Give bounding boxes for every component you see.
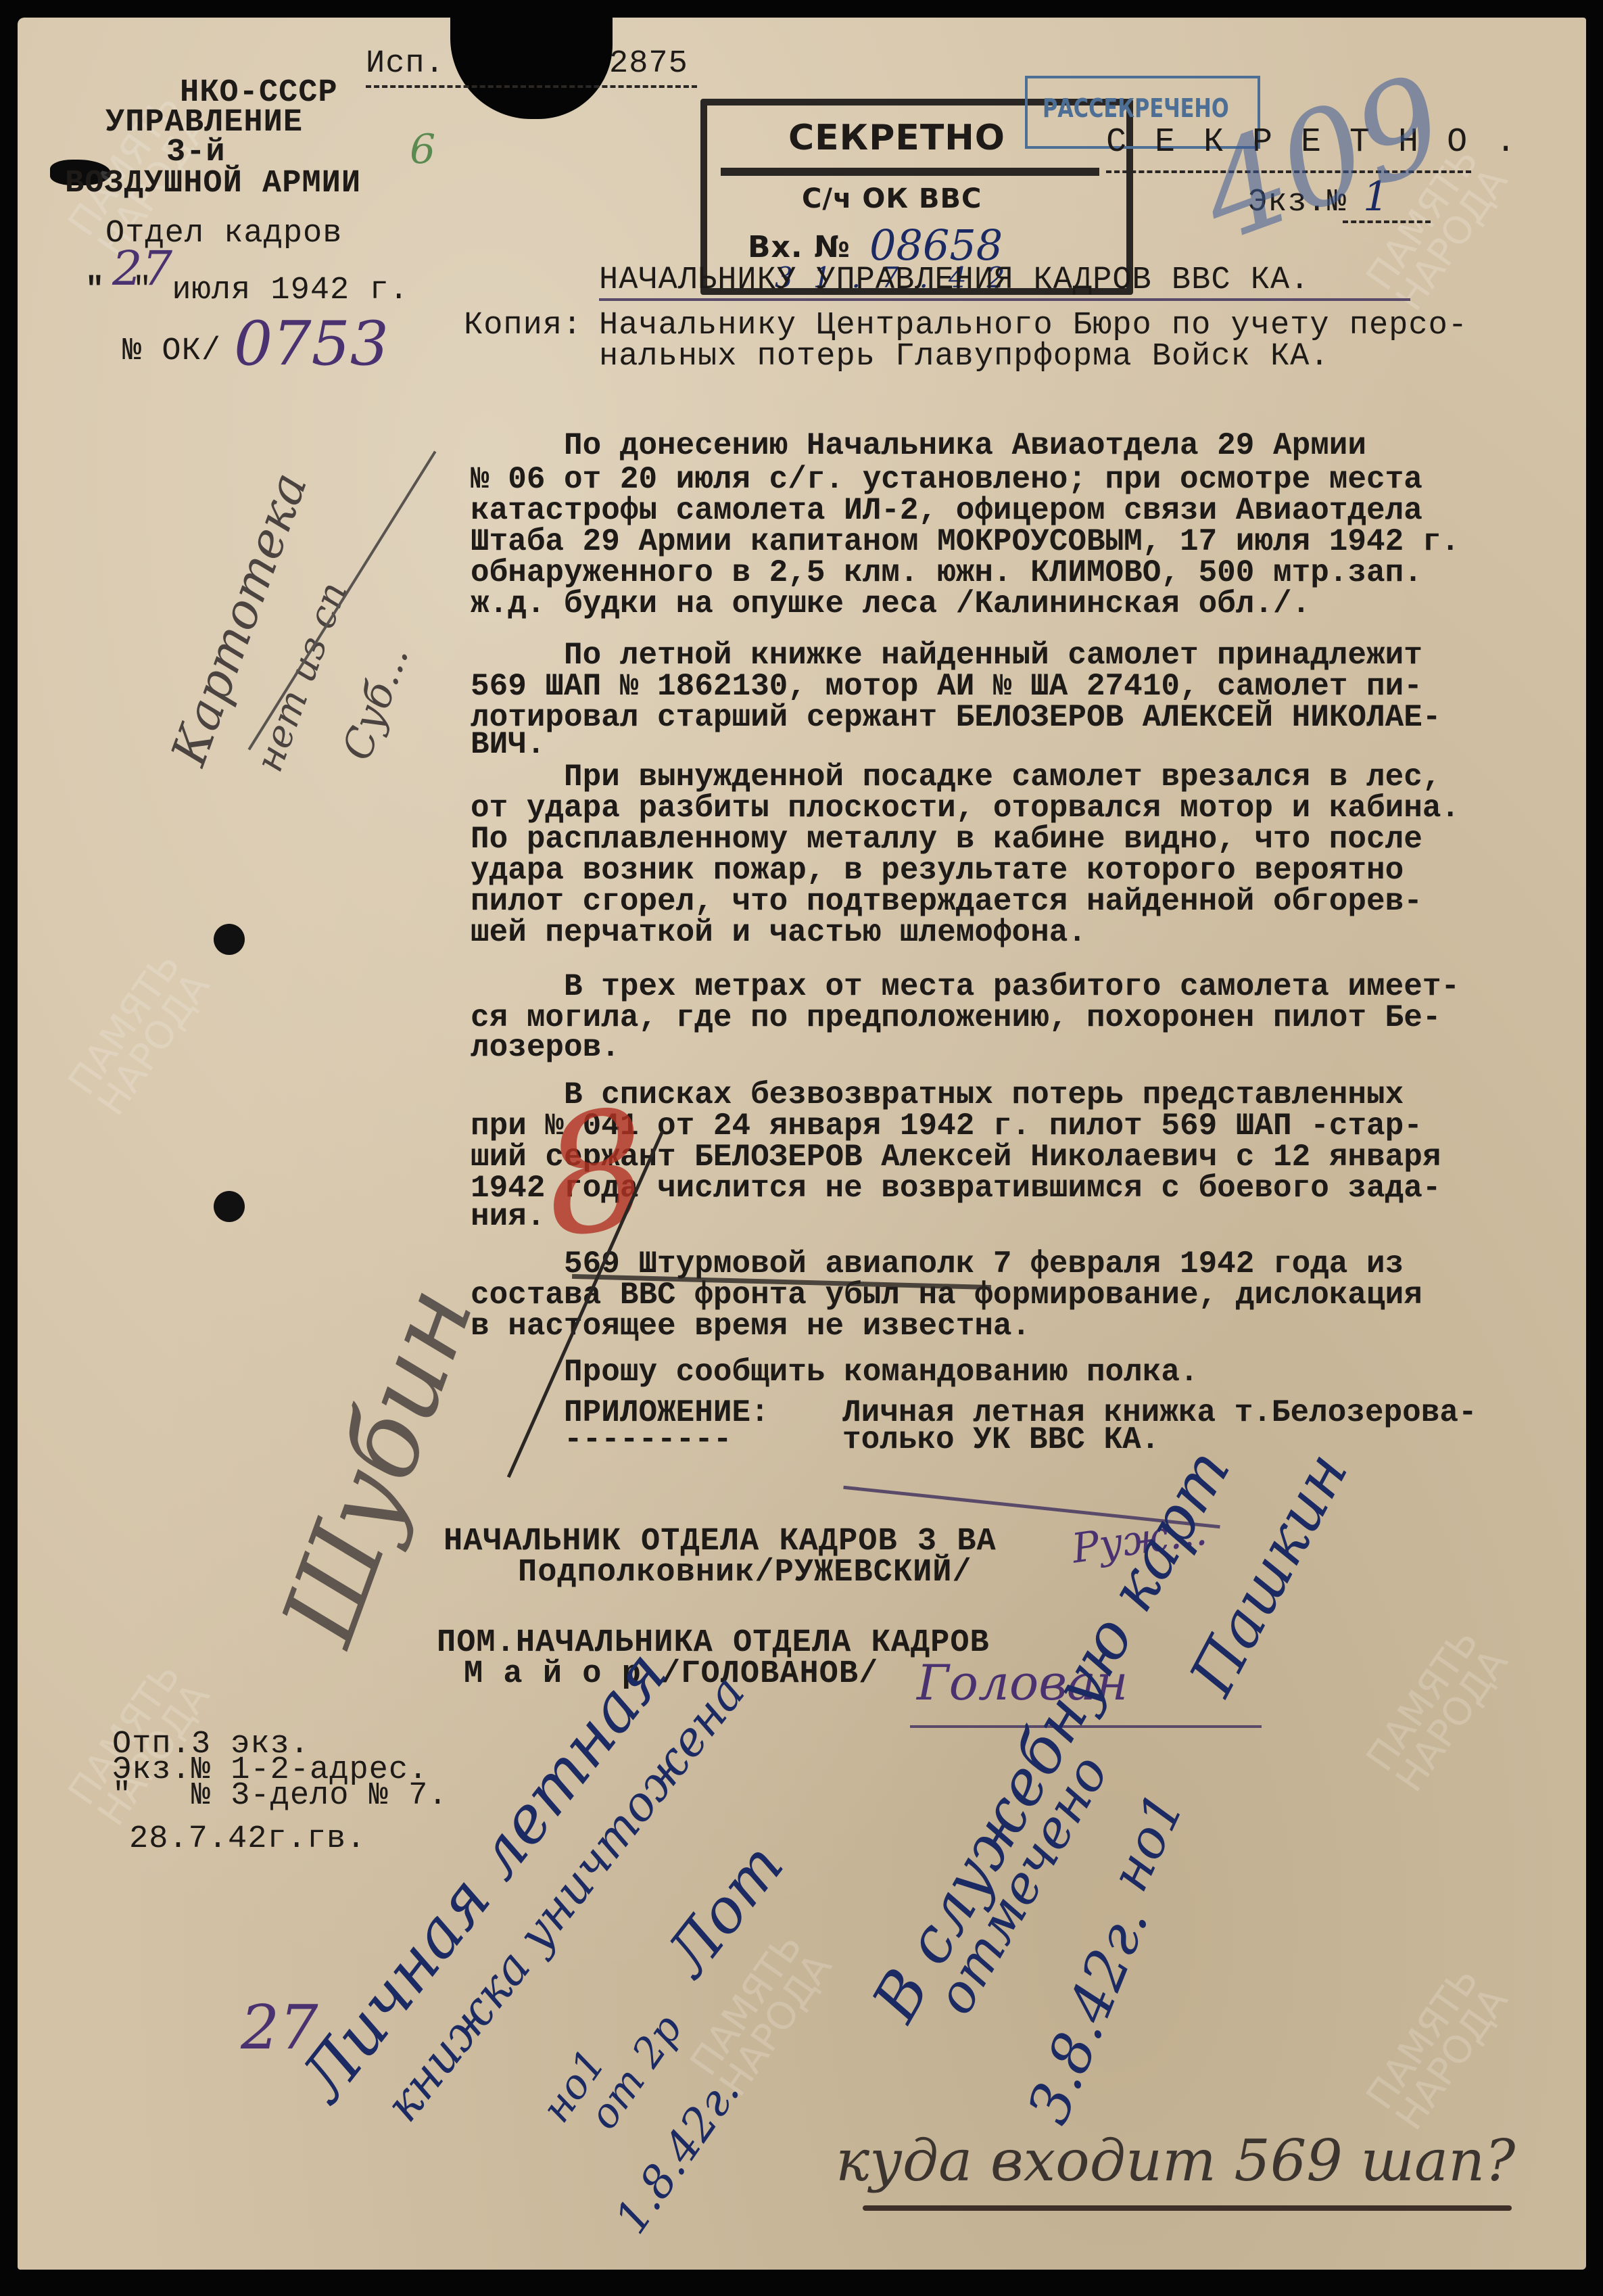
pencil-underline <box>863 2205 1512 2211</box>
large-pencil-signature: Шубин <box>260 1272 496 1659</box>
org-line: ВОЗДУШНОЙ АРМИИ <box>65 168 361 200</box>
handwritten-number: 0753 <box>234 308 389 379</box>
document-page: ПАМЯТЬ НАРОДА ПАМЯТЬ НАРОДА ПАМЯТЬ НАРОД… <box>18 18 1586 2270</box>
watermark: ПАМЯТЬ НАРОДА <box>1362 1623 1514 1798</box>
org-line: НКО-СССР <box>180 77 338 109</box>
pencil-question-note: куда входит 569 шап? <box>836 2128 1515 2194</box>
org-line: 3-й <box>166 137 226 168</box>
addressee-main: НАЧАЛЬНИКУ УПРАВЛЕНИЯ КАДРОВ ВВС КА. <box>599 264 1310 296</box>
watermark: ПАМЯТЬ НАРОДА <box>1362 1961 1514 2136</box>
punch-hole <box>214 1191 245 1222</box>
typed-date: 28.7.42г.гв. <box>129 1823 366 1855</box>
org-line: УПРАВЛЕНИЕ <box>105 107 303 139</box>
torn-corner <box>450 18 613 119</box>
resolution-2-date: 3.8.42г. <box>1015 1897 1162 2133</box>
punch-hole <box>214 924 245 955</box>
green-mark: 6 <box>410 126 435 173</box>
watermark: ПАМЯТЬ НАРОДА <box>64 947 216 1121</box>
